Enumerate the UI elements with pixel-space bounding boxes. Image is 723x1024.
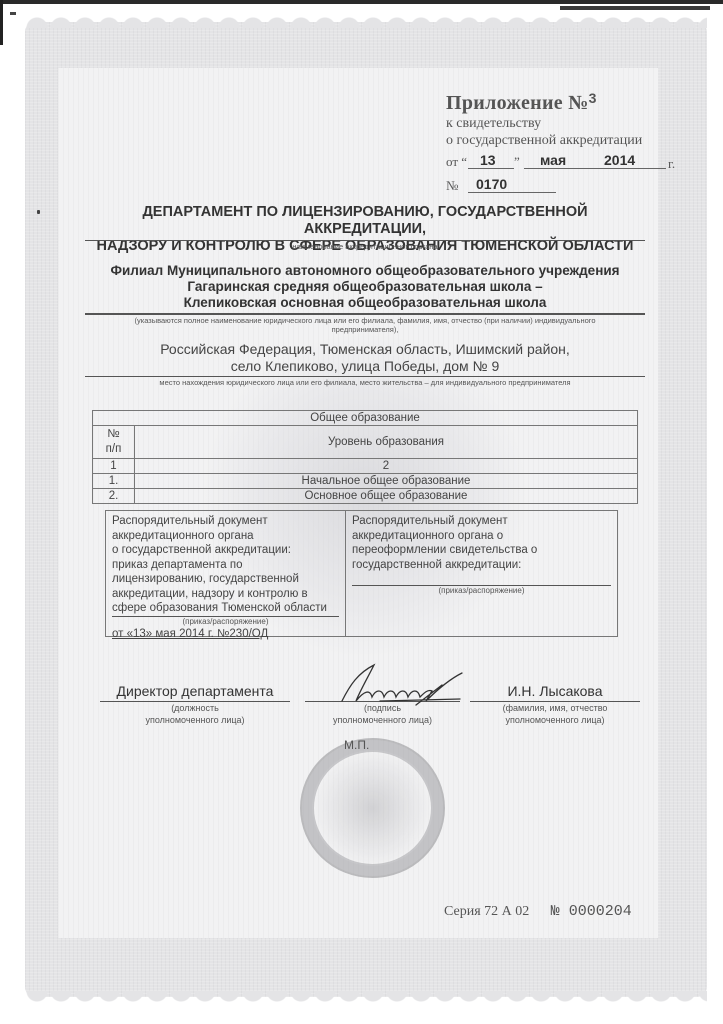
organization-caption: (указываются полное наименование юридиче… — [85, 316, 645, 334]
date-day: 13 — [480, 152, 496, 168]
header-number: № п/п — [93, 426, 135, 459]
organization-divider — [85, 313, 645, 315]
address-caption: место нахождения юридического лица или е… — [85, 378, 645, 387]
signatory-name: И.Н. Лысакова (фамилия, имя, отчество уп… — [470, 683, 640, 726]
scan-artifact-bar — [560, 6, 710, 10]
appendix-date: от “ 13 ” мая 2014 г. — [446, 151, 666, 173]
table-index-row: 1 2 — [93, 459, 638, 474]
department-caption: наименование аккредитационного органа — [85, 242, 645, 251]
form-series: Серия 72 А 02 № 0000204 — [444, 903, 632, 920]
organization-address: Российская Федерация, Тюменская область,… — [85, 341, 645, 375]
table-title: Общее образование — [93, 411, 638, 426]
organization-name: Филиал Муниципального автономного общеоб… — [85, 263, 645, 311]
table-row: 1. Начальное общее образование — [93, 474, 638, 489]
handwritten-signature-icon — [320, 655, 480, 715]
accreditation-caption: (приказ/распоряжение) — [112, 617, 339, 627]
date-prefix: от “ — [446, 154, 467, 170]
date-month: мая — [540, 152, 566, 168]
accreditation-order: от «13» мая 2014 г. №230/ОД — [112, 627, 339, 642]
stamp-label: М.П. — [344, 738, 369, 752]
scan-speck — [37, 210, 40, 214]
official-seal-icon — [300, 738, 445, 878]
reissue-blank-line — [352, 572, 611, 586]
signatory-position: Директор департамента (должность уполном… — [100, 683, 290, 726]
appendix-line-1: к свидетельству — [446, 115, 666, 132]
education-levels-table: Общее образование № п/п Уровень образова… — [92, 410, 638, 504]
header-level: Уровень образования — [135, 426, 638, 459]
appendix-number: 3 — [589, 90, 597, 106]
address-divider — [85, 376, 645, 377]
scan-edge-left — [0, 0, 3, 45]
reissue-caption: (приказ/распоряжение) — [352, 586, 611, 596]
year-suffix: г. — [668, 156, 675, 172]
appendix-line-2: о государственной аккредитации — [446, 132, 666, 149]
table-title-row: Общее образование — [93, 411, 638, 426]
date-quote: ” — [514, 154, 520, 170]
number-label: № — [446, 178, 458, 194]
table-row: 2. Основное общее образование — [93, 489, 638, 504]
accreditation-document-box: Распорядительный документ аккредитационн… — [105, 510, 345, 637]
scan-edge-top — [0, 0, 723, 4]
reissue-document-box: Распорядительный документ аккредитационн… — [345, 510, 618, 637]
appendix-number-row: № 0170 — [446, 175, 666, 197]
appendix-title: Приложение №3 — [446, 90, 666, 115]
certificate-number: 0170 — [476, 176, 507, 192]
department-divider — [85, 240, 645, 241]
appendix-header: Приложение №3 к свидетельству о государс… — [446, 90, 666, 197]
date-year: 2014 — [604, 152, 635, 168]
form-number: № 0000204 — [551, 903, 632, 920]
scan-artifact — [10, 12, 16, 15]
table-header-row: № п/п Уровень образования — [93, 426, 638, 459]
